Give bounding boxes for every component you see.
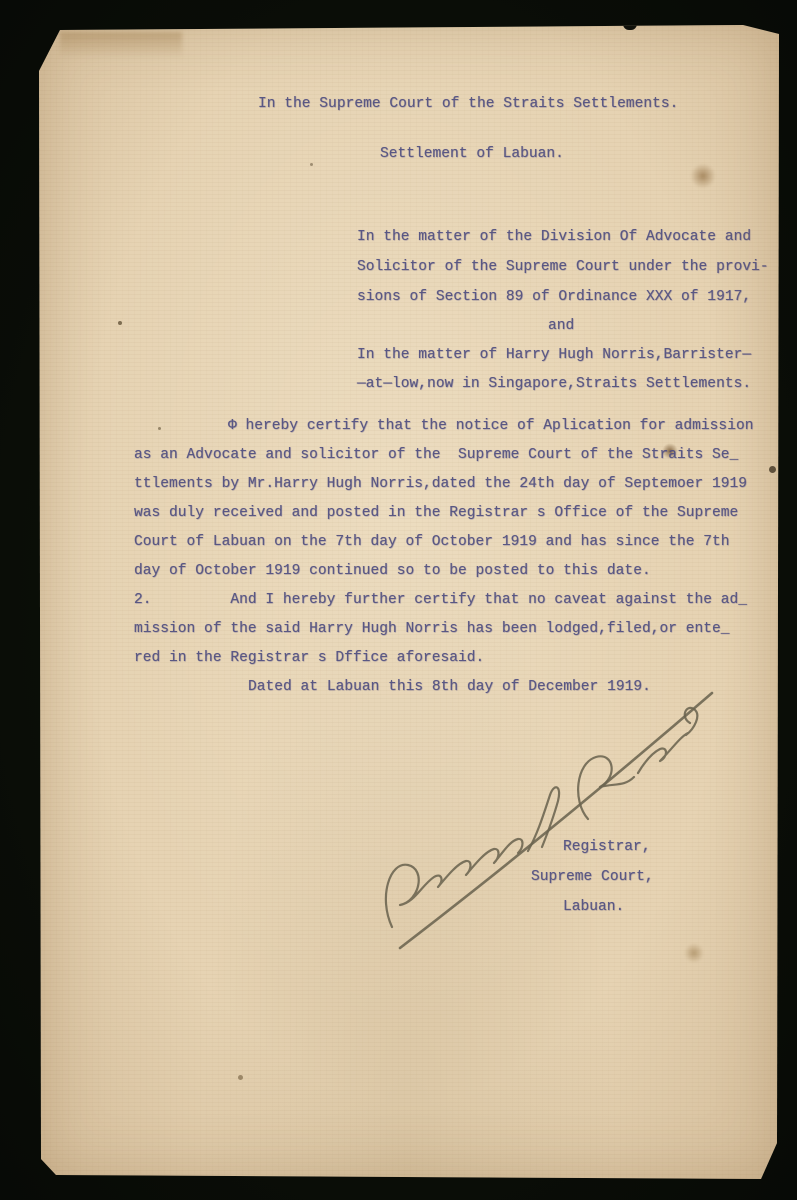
body-line: day of October 1919 continued so to be p…	[134, 562, 651, 580]
body-line: Φ hereby certify that the notice of Apli…	[228, 417, 753, 435]
ink-speck	[118, 321, 122, 325]
ink-speck	[238, 1075, 243, 1080]
matter-line: Solicitor of the Supreme Court under the…	[357, 258, 769, 276]
ink-speck	[310, 163, 313, 166]
stain-spot	[690, 163, 716, 189]
matter-line: and	[548, 317, 574, 335]
matter-line: sions of Section 89 of Ordinance XXX of …	[357, 288, 751, 306]
body-line: as an Advocate and solicitor of the Supr…	[134, 446, 738, 464]
matter-line: —at—low,now in Singapore,Straits Settlem…	[357, 375, 751, 393]
body-line: Court of Labuan on the 7th day of Octobe…	[134, 533, 730, 551]
stain-top-edge-band	[60, 32, 182, 58]
ink-speck	[769, 466, 776, 473]
matter-line: In the matter of Harry Hugh Norris,Barri…	[357, 346, 751, 364]
scan-background: In the Supreme Court of the Straits Sett…	[0, 0, 797, 1200]
scanned-document-page: In the Supreme Court of the Straits Sett…	[38, 25, 779, 1179]
ink-speck	[158, 427, 161, 430]
matter-line: In the matter of the Division Of Advocat…	[357, 228, 751, 246]
signature-scribble	[386, 708, 697, 927]
signature-underline	[400, 693, 712, 948]
edge-notch	[623, 23, 637, 30]
body-line: was duly received and posted in the Regi…	[134, 504, 738, 522]
body-line: 2. And I hereby further certify that no …	[134, 591, 747, 609]
body-line: ttlements by Mr.Harry Hugh Norris,dated …	[134, 475, 747, 493]
body-line: mission of the said Harry Hugh Norris ha…	[134, 620, 730, 638]
heading-line: In the Supreme Court of the Straits Sett…	[258, 95, 678, 113]
heading-line: Settlement of Labuan.	[380, 145, 564, 163]
signature	[380, 655, 720, 955]
